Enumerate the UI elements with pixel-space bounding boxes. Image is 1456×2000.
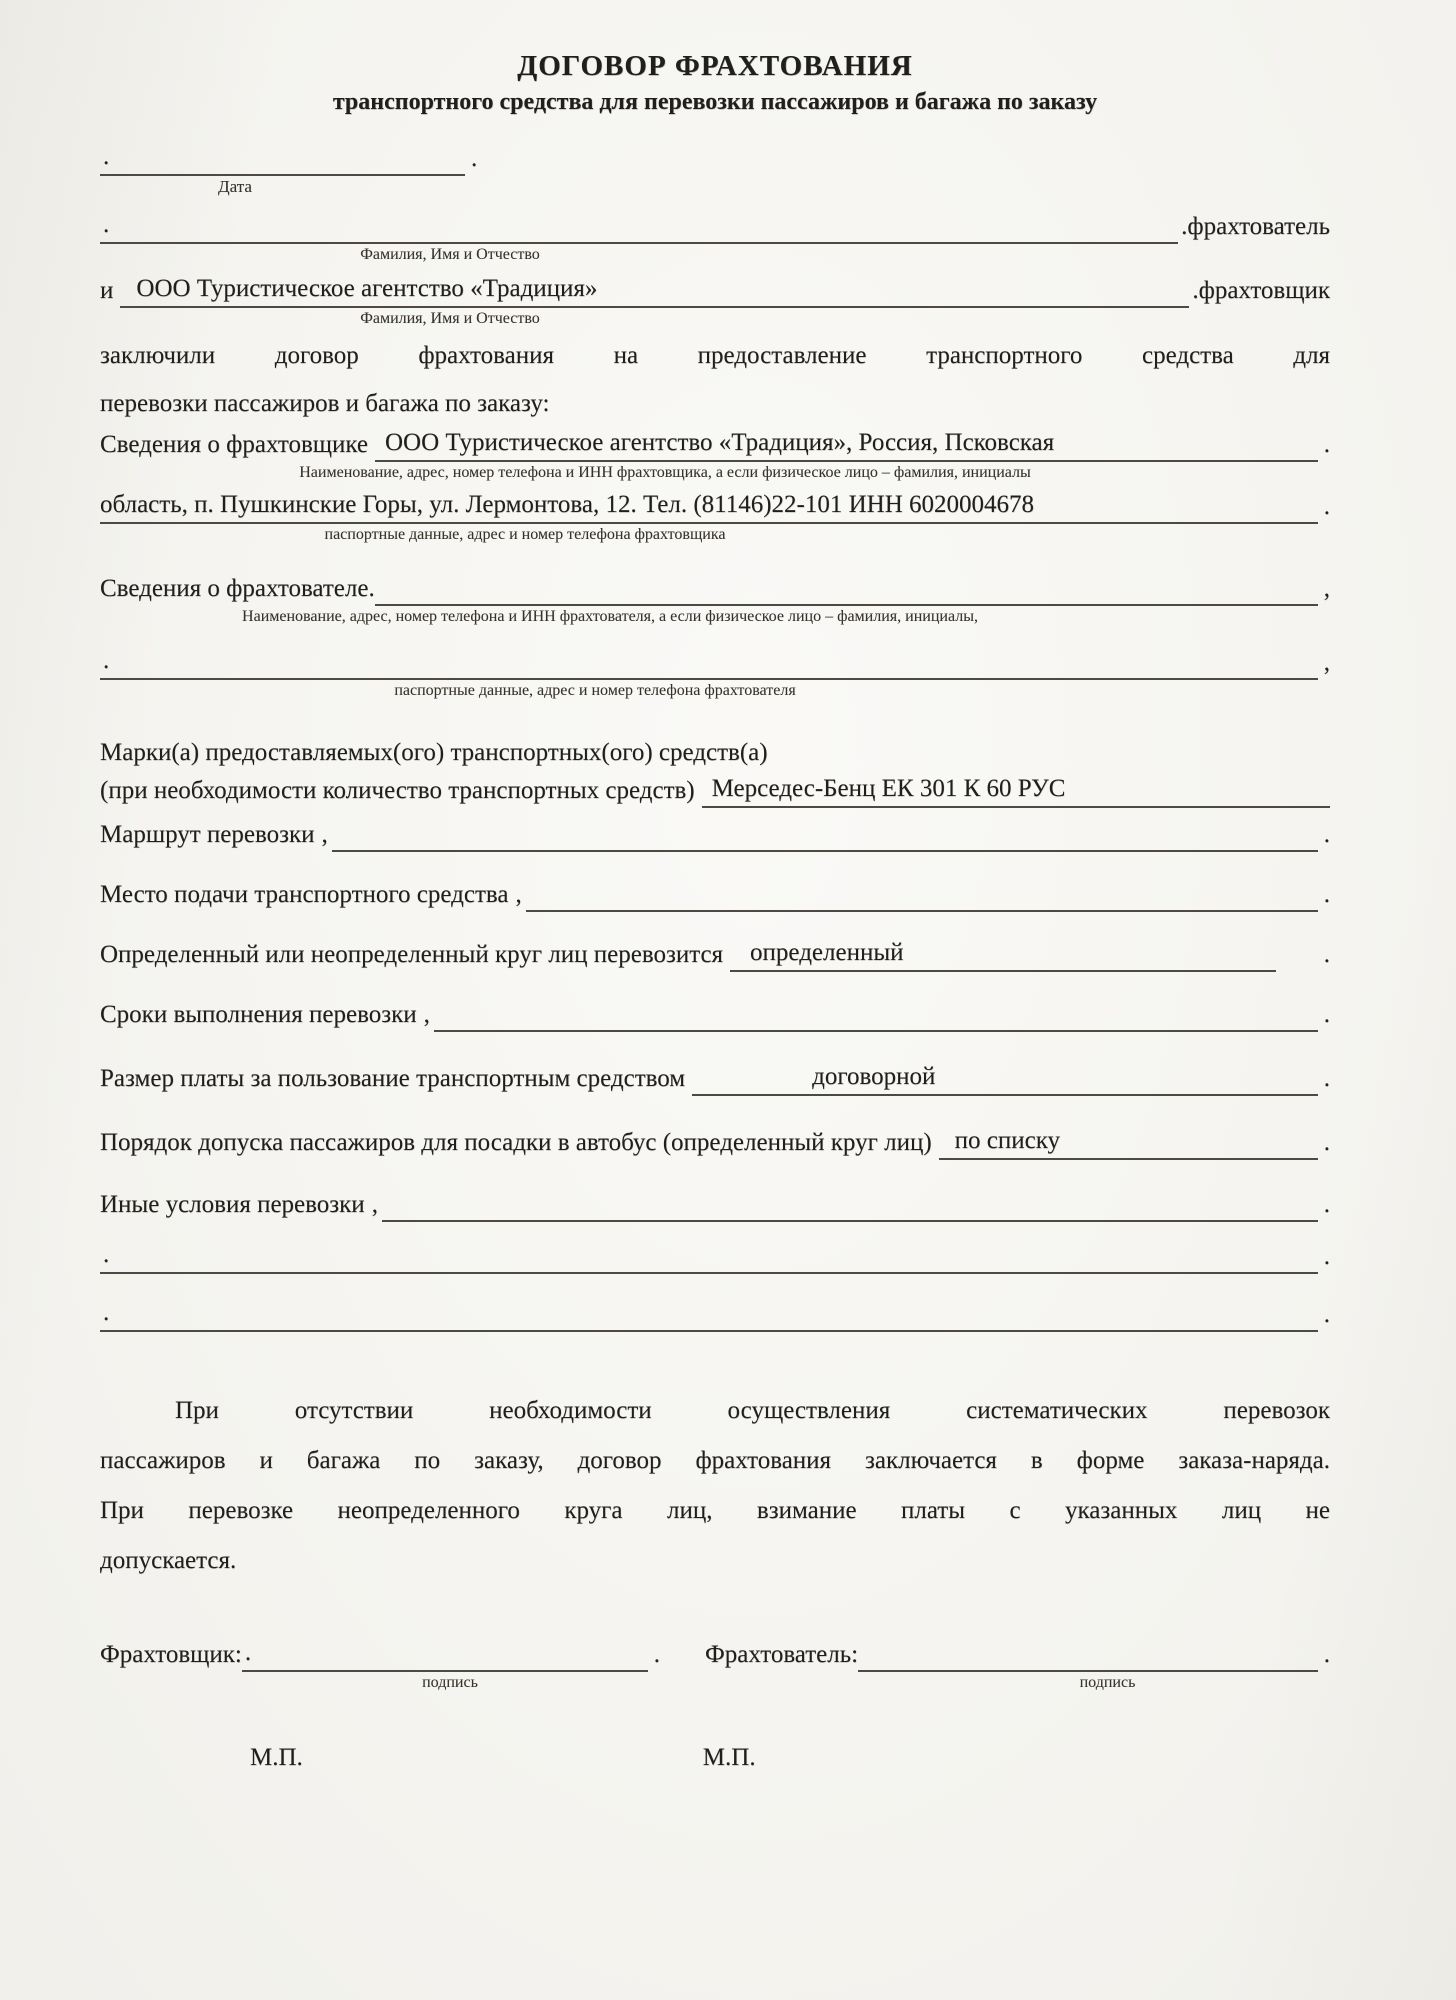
tail-dot: . xyxy=(1318,1638,1330,1672)
freighter-info-label: Сведения о фрахтовщике xyxy=(100,428,375,462)
field-terms: Сроки выполнения перевозки , . xyxy=(100,998,1330,1032)
field-label: Определенный или неопределенный круг лиц… xyxy=(100,938,730,972)
date-caption: Дата xyxy=(115,176,355,198)
charterer-info-line-1[interactable] xyxy=(375,572,1318,606)
stamps-row: М.П. М.П. xyxy=(100,1744,1330,1772)
field-payment: Размер платы за пользование транспортным… xyxy=(100,1062,1330,1096)
other-conditions-input-line[interactable] xyxy=(382,1188,1318,1222)
persons-circle-input-line[interactable]: определенный xyxy=(730,938,1276,972)
intro-paragraph: заключили договор фрахтования на предост… xyxy=(100,332,1330,428)
field-label: Место подачи транспортного средства xyxy=(100,878,515,912)
blank-line-2: . . xyxy=(100,1298,1330,1332)
date-tail-dot: . xyxy=(465,142,477,176)
tail-dot: . xyxy=(1318,1062,1330,1096)
signature-freighter-line[interactable]: . xyxy=(242,1638,648,1672)
tail-dot: , xyxy=(1318,646,1330,680)
charterer-name-row: . .фрахтователь xyxy=(100,210,1330,244)
tail-dot: . xyxy=(1318,998,1330,1032)
blank-input-line-2[interactable]: . xyxy=(100,1298,1318,1332)
tail-dot: . xyxy=(1318,428,1330,462)
vehicle-make-value-row: (при необходимости количество транспортн… xyxy=(100,774,1330,808)
signature-charterer-block: Фрахтователь: . подпись xyxy=(705,1638,1330,1694)
charterer-info-row-2: . , xyxy=(100,646,1330,680)
blank-input-line-1[interactable]: . xyxy=(100,1240,1318,1274)
date-input-line[interactable]: . xyxy=(100,142,465,176)
closing-paragraph: При отсутствии необходимости осуществлен… xyxy=(100,1386,1330,1586)
stamp-place-right: М.П. xyxy=(703,1744,756,1772)
lead-comma: , xyxy=(424,998,434,1032)
lead-comma: , xyxy=(515,878,525,912)
vehicle-make-input-line[interactable]: Мерседес-Бенц ЕК 301 К 60 РУС xyxy=(702,774,1330,808)
tail-dot: . xyxy=(1318,1240,1330,1274)
freighter-name-input-line[interactable]: ООО Туристическое агентство «Традиция» xyxy=(120,274,1189,308)
closing-line-3: При перевозке неопределенного круга лиц,… xyxy=(100,1486,1330,1536)
intro-line-1: заключили договор фрахтования на предост… xyxy=(100,332,1330,380)
tail-dot: . xyxy=(1318,938,1330,972)
supply-place-input-line[interactable] xyxy=(526,878,1318,912)
tail-dot: . xyxy=(1318,1188,1330,1222)
vehicle-make-label-row: Марки(а) предоставляемых(ого) транспортн… xyxy=(100,736,1330,770)
lead-comma: , xyxy=(372,1188,382,1222)
field-label: Размер платы за пользование транспортным… xyxy=(100,1062,692,1096)
boarding-order-input-line[interactable]: по списку xyxy=(939,1126,1318,1160)
conjunction-label: и xyxy=(100,274,120,308)
field-label: Сроки выполнения перевозки xyxy=(100,998,424,1032)
field-boarding-order: Порядок допуска пассажиров для посадки в… xyxy=(100,1126,1330,1160)
stamp-place-left: М.П. xyxy=(250,1744,303,1772)
signature-charterer-line[interactable] xyxy=(858,1638,1318,1672)
charterer-info-row-1: Сведения о фрахтователе. , xyxy=(100,572,1330,606)
field-supply-place: Место подачи транспортного средства , . xyxy=(100,878,1330,912)
signature-freighter-block: Фрахтовщик: . . подпись xyxy=(100,1638,660,1694)
signature-charterer-row: Фрахтователь: . xyxy=(705,1638,1330,1672)
charterer-info-label: Сведения о фрахтователе. xyxy=(100,572,375,606)
intro-line-2: перевозки пассажиров и багажа по заказу: xyxy=(100,380,1330,428)
vehicle-make-label: Марки(а) предоставляемых(ого) транспортн… xyxy=(100,736,775,770)
charterer-name-input-line[interactable]: . xyxy=(100,210,1178,244)
field-persons-circle: Определенный или неопределенный круг лиц… xyxy=(100,938,1330,972)
vehicle-count-label: (при необходимости количество транспортн… xyxy=(100,774,702,808)
freighter-info-line-2[interactable]: область, п. Пушкинские Горы, ул. Лермонт… xyxy=(100,490,1318,524)
date-field-row: . . xyxy=(100,142,1330,176)
tail-dot: . xyxy=(1318,1126,1330,1160)
payment-input-line[interactable]: договорной xyxy=(692,1062,1318,1096)
charterer-name-caption: Фамилия, Имя и Отчество xyxy=(300,244,600,266)
freighter-name-row: и ООО Туристическое агентство «Традиция»… xyxy=(100,274,1330,308)
document-subtitle: транспортного средства для перевозки пас… xyxy=(100,89,1330,116)
tail-dot: . xyxy=(1318,878,1330,912)
tail-dot: . xyxy=(648,1638,660,1672)
tail-dot: . xyxy=(1318,490,1330,524)
field-label: Порядок допуска пассажиров для посадки в… xyxy=(100,1126,939,1160)
route-input-line[interactable] xyxy=(332,818,1318,852)
closing-line-2: пассажиров и багажа по заказу, договор ф… xyxy=(100,1436,1330,1486)
signature-freighter-row: Фрахтовщик: . . xyxy=(100,1638,660,1672)
charterer-info-line-2[interactable]: . xyxy=(100,646,1318,680)
charterer-info-caption-2: паспортные данные, адрес и номер телефон… xyxy=(295,680,895,702)
closing-line-4: допускается. xyxy=(100,1536,1330,1586)
scanned-contract-page: ДОГОВОР ФРАХТОВАНИЯ транспортного средст… xyxy=(0,0,1456,2000)
terms-input-line[interactable] xyxy=(434,998,1318,1032)
field-label: Маршрут перевозки xyxy=(100,818,322,852)
document-title: ДОГОВОР ФРАХТОВАНИЯ xyxy=(100,50,1330,83)
signature-charterer-label: Фрахтователь: xyxy=(705,1638,858,1672)
closing-line-1: При отсутствии необходимости осуществлен… xyxy=(100,1386,1330,1436)
signature-freighter-label: Фрахтовщик: xyxy=(100,1638,242,1672)
freighter-info-caption-2: паспортные данные, адрес и номер телефон… xyxy=(225,524,825,546)
tail-dot: , xyxy=(1318,572,1330,606)
freighter-role-label: .фрахтовщик xyxy=(1189,274,1330,308)
signature-freighter-caption: подпись xyxy=(100,1672,660,1694)
freighter-info-row-1: Сведения о фрахтовщике ООО Туристическое… xyxy=(100,428,1330,462)
freighter-info-row-2: область, п. Пушкинские Горы, ул. Лермонт… xyxy=(100,490,1330,524)
contract-content: ДОГОВОР ФРАХТОВАНИЯ транспортного средст… xyxy=(100,0,1330,1772)
signatures-row: Фрахтовщик: . . подпись Фрахтователь: . … xyxy=(100,1638,1330,1694)
blank-line-1: . . xyxy=(100,1240,1330,1274)
field-other-conditions: Иные условия перевозки , . xyxy=(100,1188,1330,1222)
tail-dot: . xyxy=(1318,1298,1330,1332)
freighter-name-caption: Фамилия, Имя и Отчество xyxy=(300,308,600,330)
field-label: Иные условия перевозки xyxy=(100,1188,372,1222)
signature-charterer-caption: подпись xyxy=(705,1672,1330,1694)
freighter-info-line-1[interactable]: ООО Туристическое агентство «Традиция», … xyxy=(375,428,1318,462)
charterer-info-caption-1: Наименование, адрес, номер телефона и ИН… xyxy=(230,606,990,628)
charterer-role-label: .фрахтователь xyxy=(1178,210,1330,244)
tail-dot: . xyxy=(1318,818,1330,852)
freighter-info-caption-1: Наименование, адрес, номер телефона и ИН… xyxy=(265,462,1065,484)
field-route: Маршрут перевозки , . xyxy=(100,818,1330,852)
lead-comma: , xyxy=(322,818,332,852)
